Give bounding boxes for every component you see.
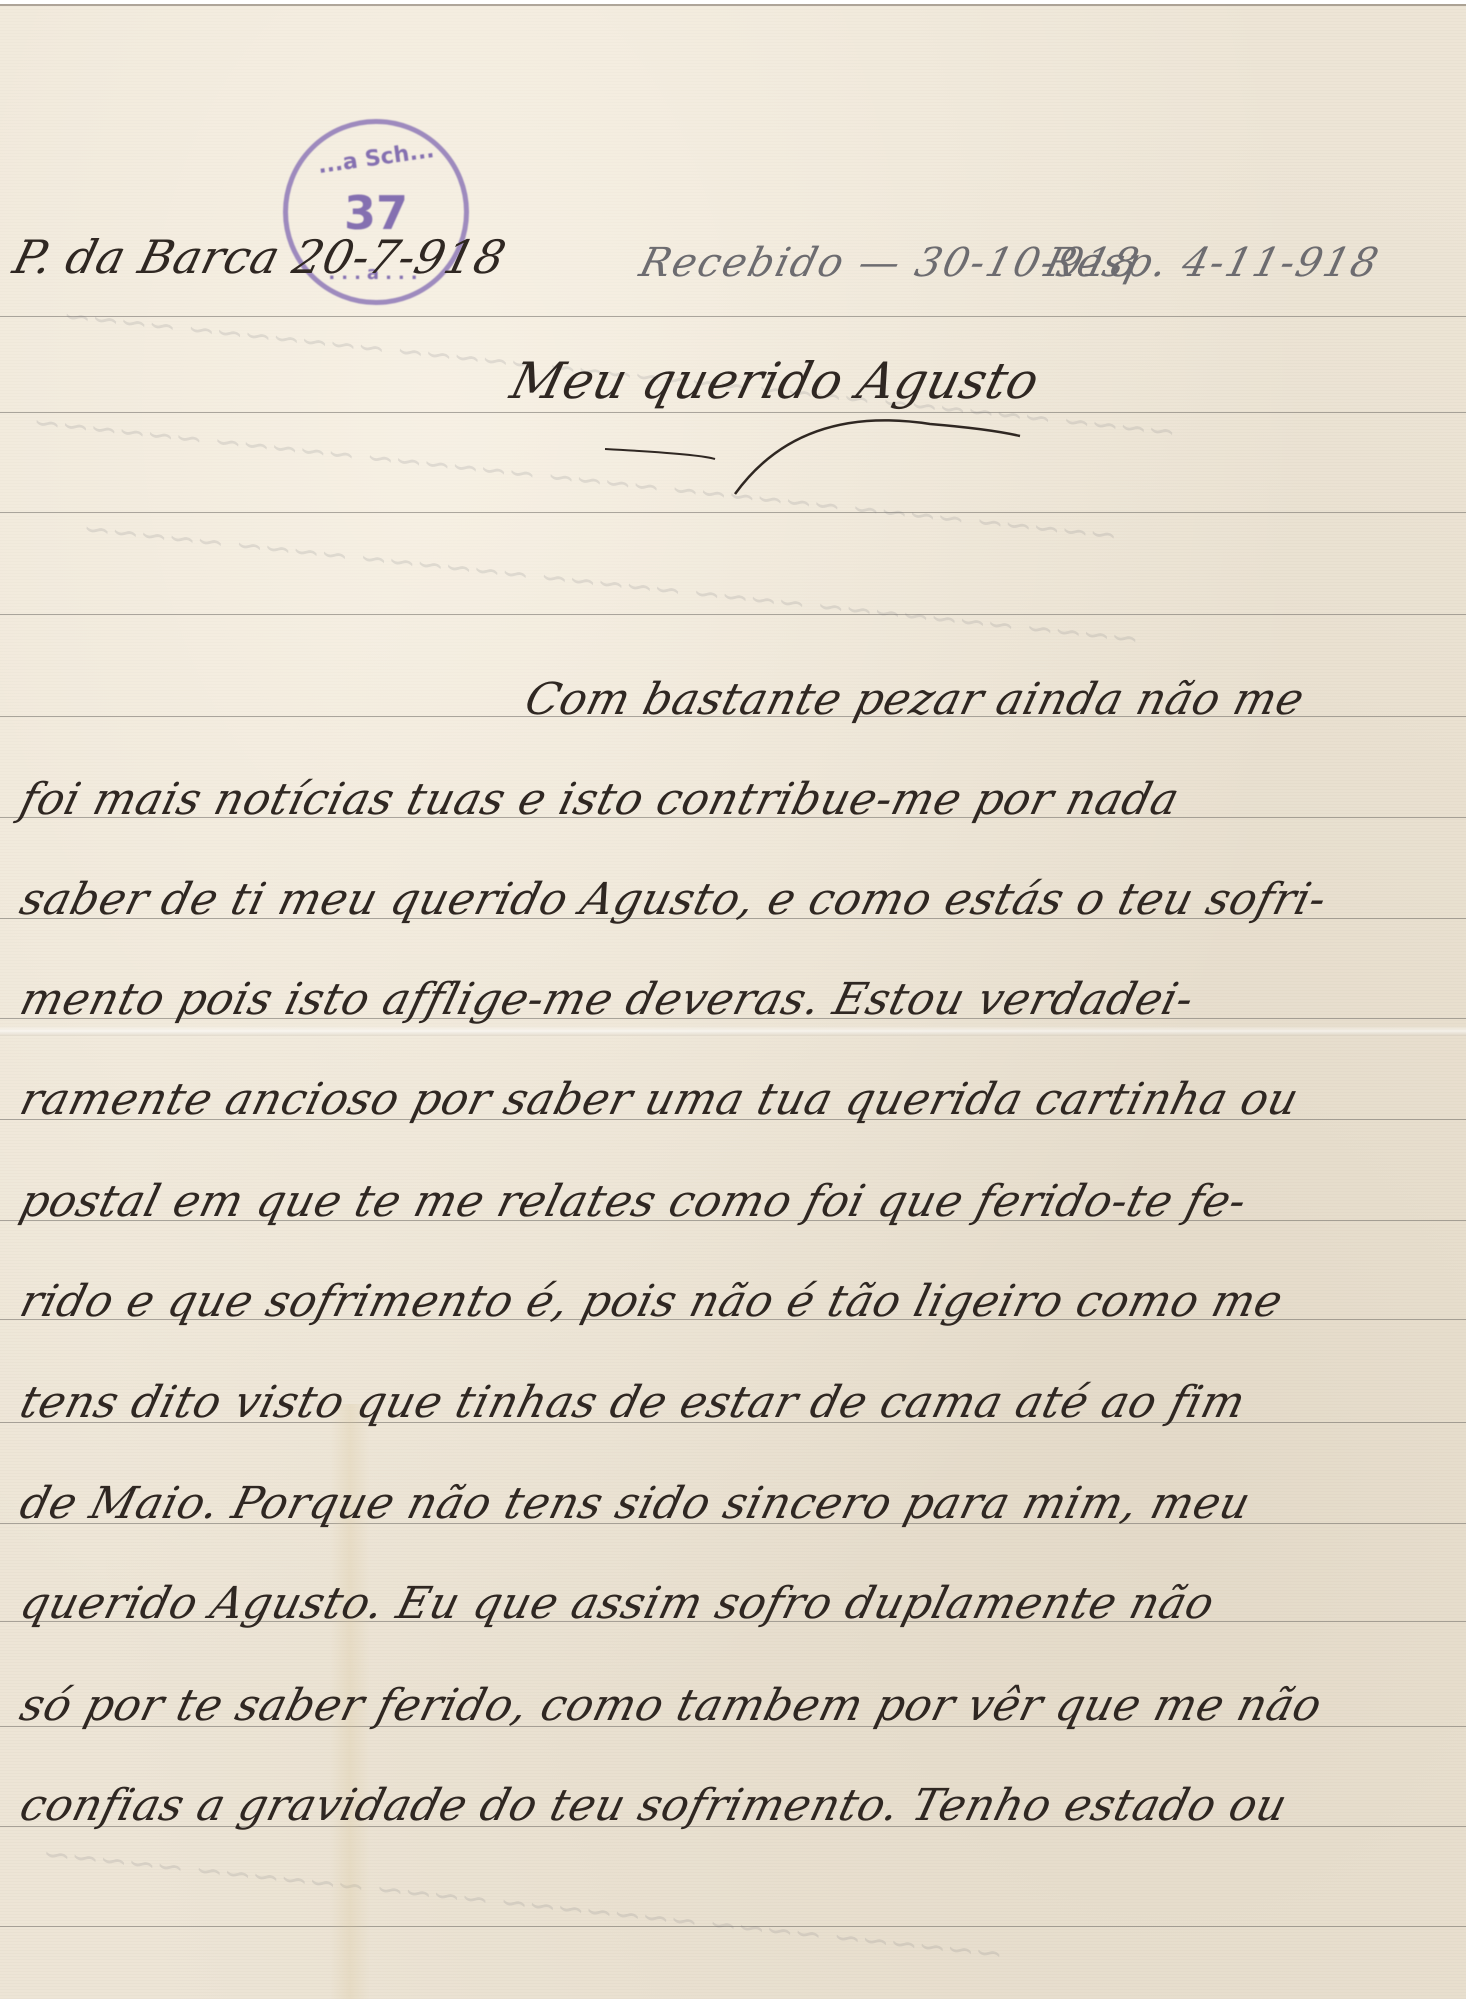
bleed-through: ~~~~~ ~~~~ ~~~~~~ ~~~~ ~~~~~~ ~~~~~ ~~~~… xyxy=(31,402,1120,556)
letter-body-line: ramente ancioso por saber uma tua querid… xyxy=(15,1074,1304,1125)
bleed-through: ~~~~ ~~~~~~~ ~~~~ ~~~~~ ~~~~~~ ~~~~ ~~~~… xyxy=(81,509,1141,660)
letter-body-line: saber de ti meu querido Agusto, e como e… xyxy=(15,874,1332,925)
letter-body-line: tens dito visto que tinhas de estar de c… xyxy=(15,1377,1251,1428)
reply-note: Resp. 4-11-918 xyxy=(1040,240,1385,286)
salutation: Meu querido Agusto xyxy=(505,352,1045,410)
ruled-line xyxy=(0,1926,1466,1927)
stamp-top-text: ...a Sch... xyxy=(287,134,465,183)
letter-body-line: foi mais notícias tuas e isto contribue-… xyxy=(15,774,1184,825)
letter-body-line: rido e que sofrimento é, pois não é tão … xyxy=(15,1276,1288,1327)
ruled-line xyxy=(0,316,1466,317)
paper-fold xyxy=(0,1026,1466,1036)
letter-body-line: mento pois isto afflige-me deveras. Esto… xyxy=(15,974,1199,1025)
letter-sheet: ~~~~ ~~~~~~ ~~~~ ~~~~~~~ ~~~~~ ~~~~~~~ ~… xyxy=(0,4,1466,1999)
bleed-through: ~~~~~~ ~~~~ ~~~~~~~ ~~~~ ~~~~~~ ~~~~~ xyxy=(41,1834,1006,1975)
letter-body-line: Com bastante pezar ainda não me xyxy=(520,674,1309,725)
letter-body-line: só por te saber ferido, como tambem por … xyxy=(15,1680,1327,1731)
ruled-line xyxy=(0,512,1466,513)
letter-body-line: postal em que te me relates como foi que… xyxy=(15,1176,1252,1227)
ruled-line xyxy=(0,614,1466,615)
letter-body-line: confias a gravidade do teu sofrimento. T… xyxy=(15,1780,1292,1831)
letter-body-line: de Maio. Porque não tens sido sincero pa… xyxy=(15,1478,1256,1529)
letter-body-line: querido Agusto. Eu que assim sofro dupla… xyxy=(15,1578,1220,1629)
ruled-line xyxy=(0,412,1466,413)
place-and-date: P. da Barca 20-7-918 xyxy=(8,230,512,284)
